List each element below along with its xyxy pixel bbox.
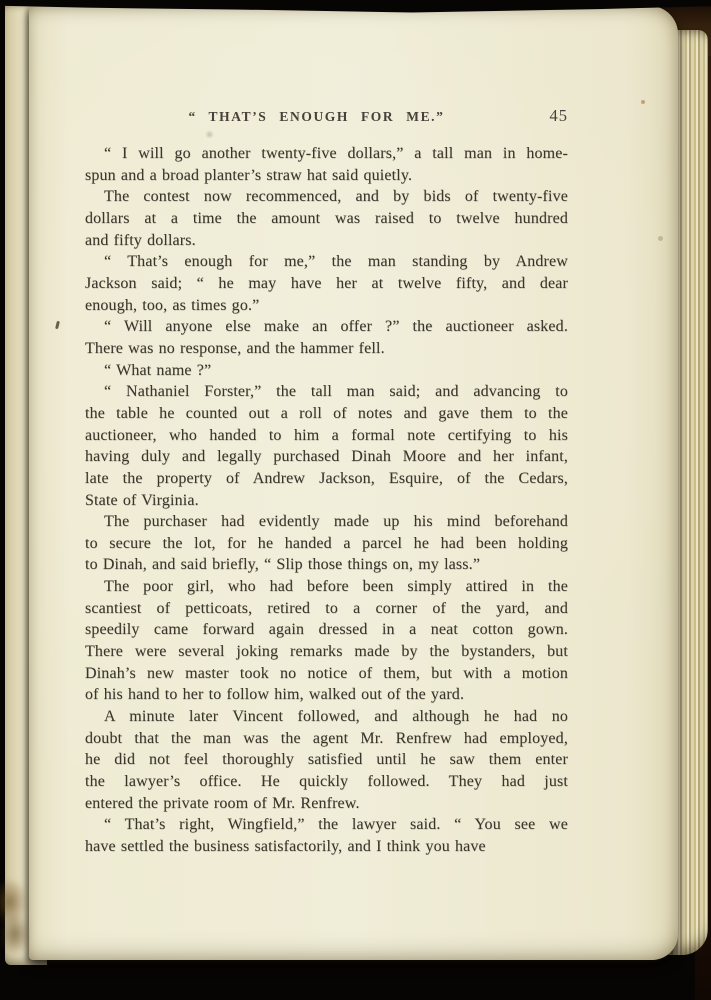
text-line: doubt that the man was the agent Mr. Ren…	[85, 728, 568, 750]
text-line: and fifty dollars.	[85, 230, 568, 252]
text-line: “ That’s enough for me,” the man standin…	[85, 251, 568, 273]
running-title: “ THAT’S ENOUGH FOR ME.”	[85, 109, 548, 125]
paragraph: The contest now recommenced, and by bids…	[85, 186, 568, 251]
book-scan: “ THAT’S ENOUGH FOR ME.” 45 “ I will go …	[0, 0, 711, 1000]
text-line: “ What name ?”	[85, 360, 568, 382]
text-line: There was no response, and the hammer fe…	[85, 338, 568, 360]
paragraph: “ That’s enough for me,” the man standin…	[85, 251, 568, 316]
text-line: having duly and legally purchased Dinah …	[85, 446, 568, 468]
text-line: “ Will anyone else make an offer ?” the …	[85, 316, 568, 338]
text-line: A minute later Vincent followed, and alt…	[85, 706, 568, 728]
ink-speck	[658, 236, 663, 241]
paragraph: The poor girl, who had before been simpl…	[85, 576, 568, 706]
text-line: he did not feel thoroughly satisfied unt…	[85, 749, 568, 771]
book-page: “ THAT’S ENOUGH FOR ME.” 45 “ I will go …	[29, 6, 678, 960]
text-line: entered the private room of Mr. Renfrew.	[85, 793, 568, 815]
ink-speck	[641, 100, 645, 104]
paragraph: “ Nathaniel Forster,” the tall man said;…	[85, 381, 568, 511]
text-line: spun and a broad planter’s straw hat sai…	[85, 165, 568, 187]
text-line: The purchaser had evidently made up his …	[85, 511, 568, 533]
text-line: dollars at a time the amount was raised …	[85, 208, 568, 230]
text-line: to secure the lot, for he handed a parce…	[85, 533, 568, 555]
text-line: of his hand to her to follow him, walked…	[85, 684, 568, 706]
text-line: “ I will go another twenty-five dollars,…	[85, 143, 568, 165]
text-line: Jackson said; “ he may have her at twelv…	[85, 273, 568, 295]
running-head: “ THAT’S ENOUGH FOR ME.” 45	[85, 106, 568, 126]
paragraph: The purchaser had evidently made up his …	[85, 511, 568, 576]
paragraph: “ That’s right, Wingfield,” the lawyer s…	[85, 814, 568, 857]
paragraph: “ I will go another twenty-five dollars,…	[85, 143, 568, 186]
text-line: Dinah’s new master took no notice of the…	[85, 663, 568, 685]
page-content: “ THAT’S ENOUGH FOR ME.” 45 “ I will go …	[85, 106, 568, 858]
paragraph: A minute later Vincent followed, and alt…	[85, 706, 568, 814]
paragraph: “ Will anyone else make an offer ?” the …	[85, 316, 568, 359]
page-number: 45	[548, 106, 568, 126]
text-line: to Dinah, and said briefly, “ Slip those…	[85, 554, 568, 576]
text-line: have settled the business satisfactorily…	[85, 836, 568, 858]
text-line: enough, too, as times go.”	[85, 295, 568, 317]
page-text: “ I will go another twenty-five dollars,…	[85, 143, 568, 858]
text-line: late the property of Andrew Jackson, Esq…	[85, 468, 568, 490]
text-line: The contest now recommenced, and by bids…	[85, 186, 568, 208]
ink-speck	[55, 321, 60, 329]
paragraph: “ What name ?”	[85, 360, 568, 382]
text-line: the table he counted out a roll of notes…	[85, 403, 568, 425]
text-line: The poor girl, who had before been simpl…	[85, 576, 568, 598]
text-line: There were several joking remarks made b…	[85, 641, 568, 663]
text-line: State of Virginia.	[85, 490, 568, 512]
text-line: speedily came forward again dressed in a…	[85, 619, 568, 641]
text-line: “ Nathaniel Forster,” the tall man said;…	[85, 381, 568, 403]
text-line: scantiest of petticoats, retired to a co…	[85, 598, 568, 620]
text-line: “ That’s right, Wingfield,” the lawyer s…	[85, 814, 568, 836]
text-line: auctioneer, who handed to him a formal n…	[85, 425, 568, 447]
text-line: the lawyer’s office. He quickly followed…	[85, 771, 568, 793]
